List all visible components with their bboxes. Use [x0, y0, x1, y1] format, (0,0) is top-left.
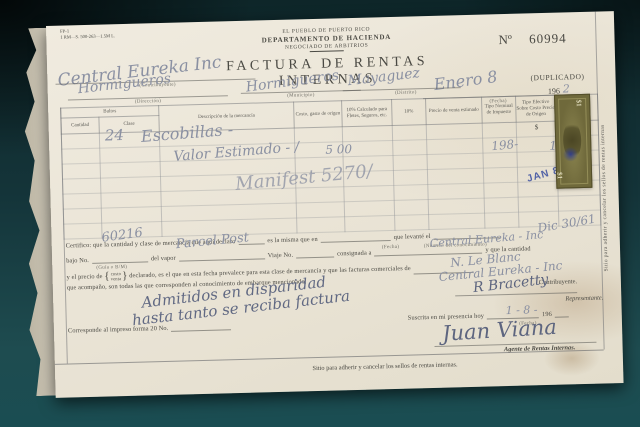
cert-line2-text-c: Viaje No.: [268, 252, 294, 260]
entry-rate: 198-: [491, 137, 519, 154]
stamp-denomination-top: $1: [575, 99, 583, 106]
cert-line2-text-d: consignada a: [337, 250, 372, 258]
col-header-tipo-nominal: Tipo Nominal de Impuesto: [482, 96, 517, 123]
cert-line2-text-a: bajo No.: [66, 257, 89, 265]
representante-caption: Representante.: [493, 295, 603, 305]
col-header-costo: Costo, gasto de origen: [294, 101, 343, 128]
entry-quantity: 24: [105, 126, 125, 144]
agency-divider: [310, 50, 344, 52]
stamp-area-caption: Sitio para adherir y cancelar los sellos…: [235, 359, 535, 374]
col-header-fletes: 10% Calculado para Fletes, Seguros, etc.: [342, 99, 393, 126]
document-number: Nº 60994: [498, 30, 567, 48]
col-header-cantidad: Cantidad: [61, 117, 99, 134]
brace-close: }: [122, 270, 128, 282]
cert-line2-text-b: del vapor: [151, 255, 176, 263]
cert-line1-text-b: es la misma que en: [267, 236, 318, 244]
header-agency: EL PUEBLO DE PUERTO RICO DEPARTAMENTO DE…: [216, 25, 437, 55]
dollar-sign: $: [535, 123, 539, 131]
forma20-line: Corresponde al impreso forma 20 No.: [68, 323, 235, 334]
suscrita-date-handwritten: 1 - 8 -: [505, 303, 537, 317]
forma20-text: Corresponde al impreso forma 20 No.: [68, 325, 169, 335]
form-code: FP-1 1 RM—S. 500-263—1.5M L.: [60, 27, 115, 39]
number-label: Nº: [498, 32, 512, 47]
option-venta: venta: [111, 276, 122, 281]
cert-line3-text-c: y que las facturas comerciales de: [323, 265, 411, 274]
col-header-tipo-efectivo: Tipo Efectivo Sobre Costo Precio de Orig…: [515, 95, 556, 122]
number-value: 60994: [529, 30, 567, 46]
entry-cost: 5 00: [325, 142, 352, 157]
col-header-10pct: 10%: [392, 99, 427, 126]
costo-venta-options: costoventa: [111, 271, 122, 281]
municipio-caption: (Municipio): [261, 92, 341, 99]
col-header-precio: Precio de venta estimado: [426, 97, 483, 124]
distrito-caption: (Distrito): [366, 90, 446, 97]
revenue-stamp: $1 $1: [554, 94, 592, 189]
cert-line1-text-c: que levanté el: [394, 233, 431, 241]
form-code-line2: 1 RM—S. 500-263—1.5M L.: [60, 33, 115, 40]
photo-backdrop: FP-1 1 RM—S. 500-263—1.5M L. EL PUEBLO D…: [0, 0, 640, 427]
cert-line3-text-a: y el precio de: [66, 273, 102, 281]
brace-open: {: [104, 270, 110, 282]
invoice-document: FP-1 1 RM—S. 500-263—1.5M L. EL PUEBLO D…: [46, 11, 624, 398]
stamp-denomination-bottom: $1: [556, 172, 564, 179]
